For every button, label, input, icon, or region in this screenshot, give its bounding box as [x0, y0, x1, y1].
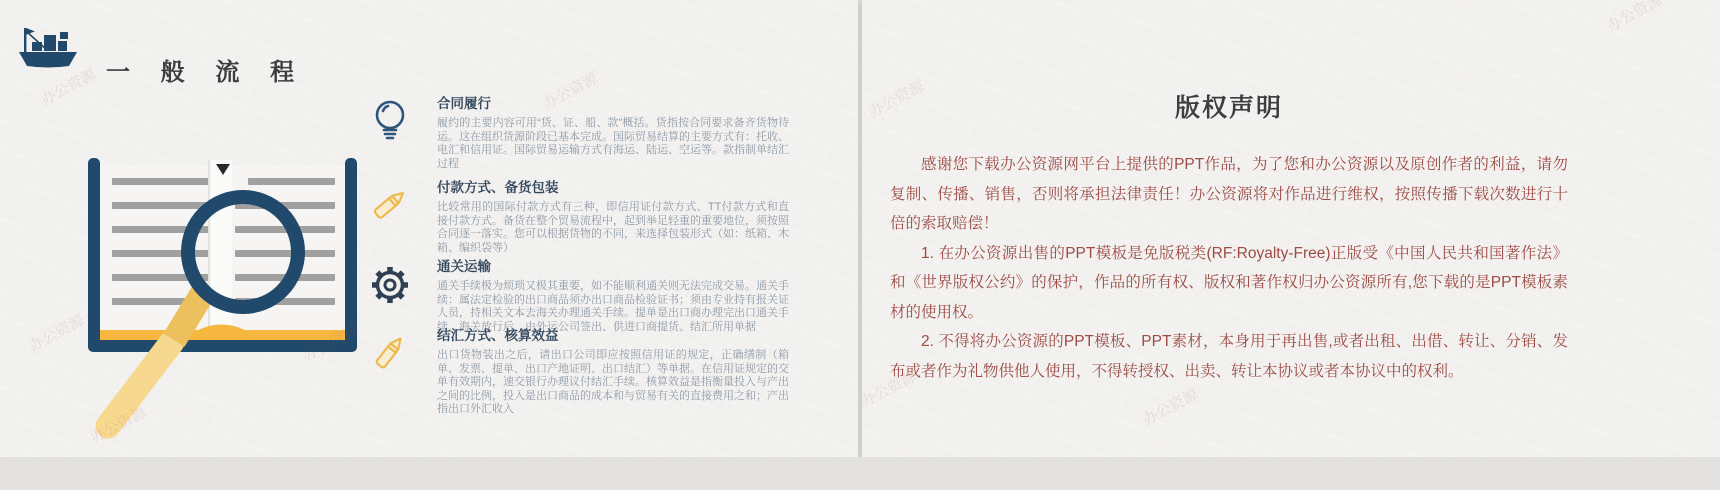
copyright-paragraph: 感谢您下载办公资源网平台上提供的PPT作品，为了您和办公资源以及原创作者的利益，…	[890, 150, 1568, 239]
slide-title: 一 般 流 程	[106, 52, 306, 87]
section-title: 合同履行	[437, 92, 789, 112]
copyright-content: 版权声明 感谢您下载办公资源网平台上提供的PPT作品，为了您和办公资源以及原创作…	[890, 88, 1568, 386]
pencil-icon	[364, 330, 416, 382]
pencil-icon	[364, 182, 416, 234]
book-magnifier-illustration	[50, 130, 370, 450]
copyright-paragraph: 2. 不得将办公资源的PPT模板、PPT素材，本身用于再出售,或者出租、出借、转…	[890, 327, 1568, 386]
workspace-background	[0, 457, 1720, 490]
section-body: 出口货物装出之后，请出口公司即应按照信用证的规定，正确缮制（箱单、发票、提单、出…	[437, 349, 789, 417]
cargo-ship-icon	[16, 20, 80, 70]
lightbulb-icon	[364, 98, 416, 150]
section-title: 付款方式、备货包装	[437, 176, 789, 196]
slide-copyright-notice: 版权声明 感谢您下载办公资源网平台上提供的PPT作品，为了您和办公资源以及原创作…	[862, 0, 1720, 457]
gear-icon	[364, 261, 416, 313]
slide-header: 一 般 流 程	[16, 20, 80, 70]
copyright-title: 版权声明	[890, 88, 1568, 124]
section-body: 履约的主要内容可用“货、证、船、款”概括。货指按合同要求备齐货物待运。这在组织货…	[437, 117, 789, 171]
section-title: 结汇方式、核算效益	[437, 324, 789, 344]
section-body: 比较常用的国际付款方式有三种，即信用证付款方式、TT付款方式和直接付款方式。备货…	[437, 201, 789, 255]
slide-general-process: 一 般 流 程	[0, 0, 858, 457]
section-title: 通关运输	[437, 255, 789, 275]
copyright-paragraph: 1. 在办公资源出售的PPT模板是免版税类(RF:Royalty-Free)正版…	[890, 239, 1568, 328]
